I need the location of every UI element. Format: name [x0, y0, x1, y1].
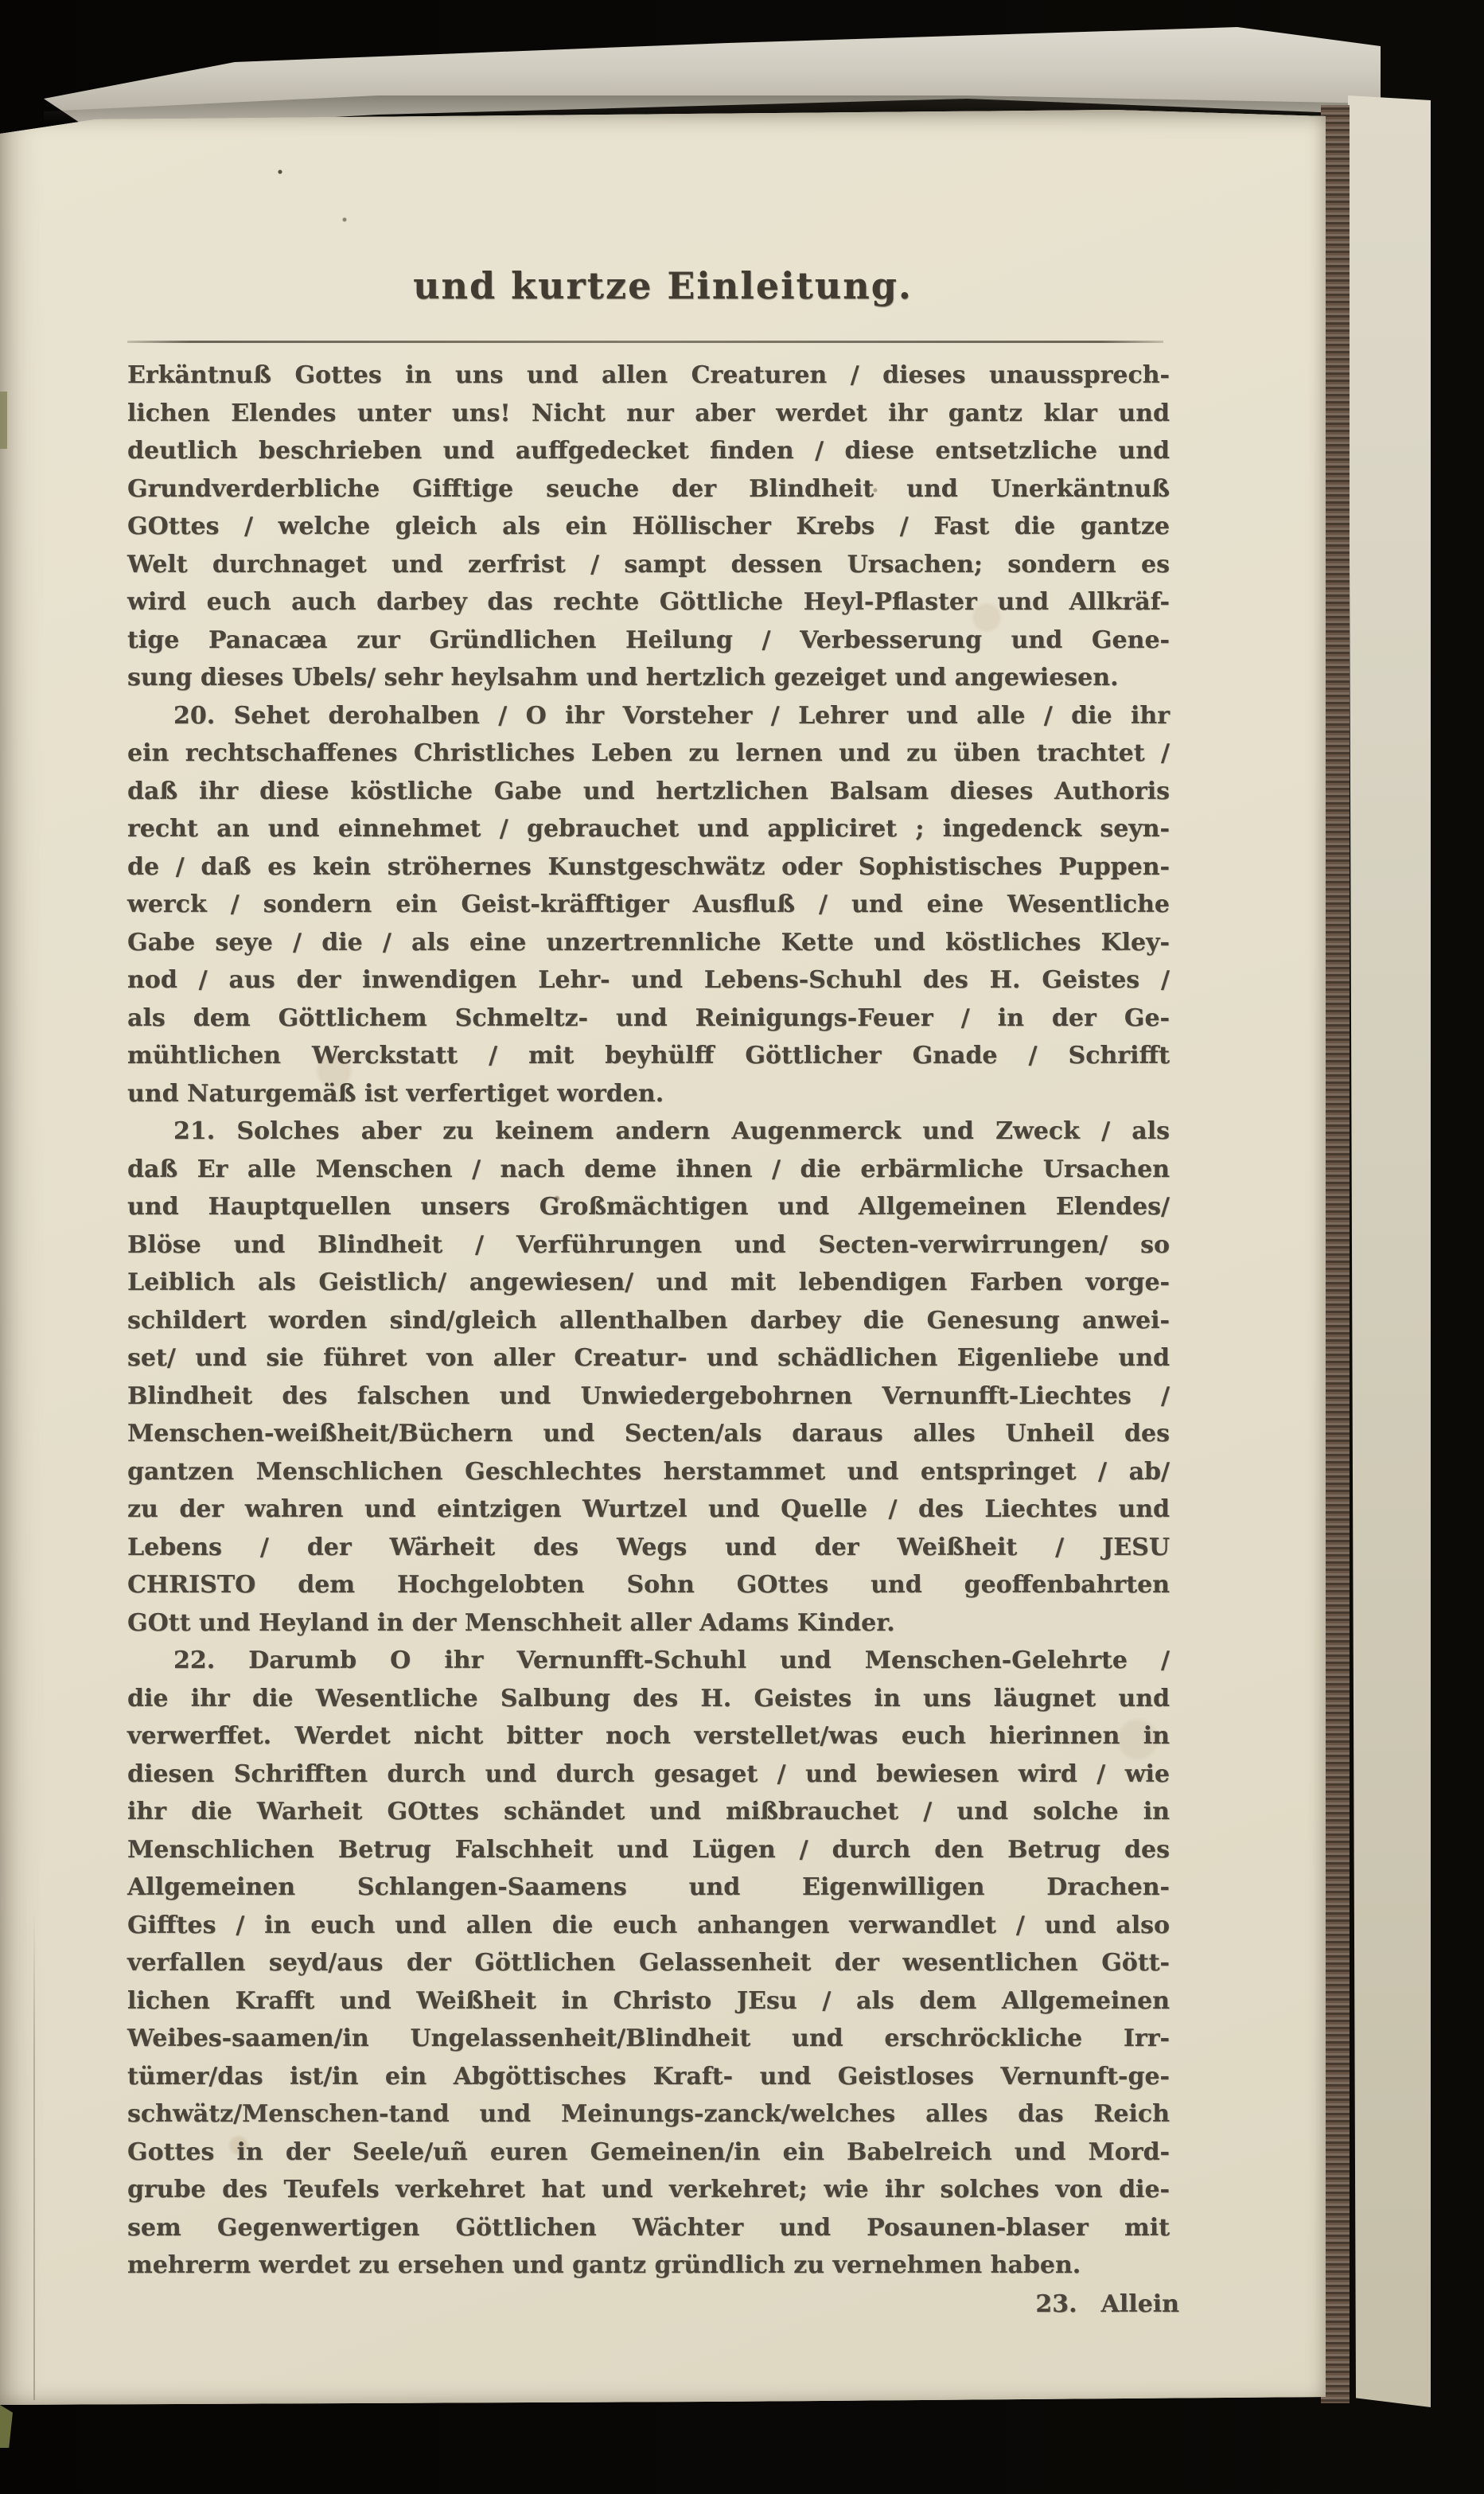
paragraph: 22. Darumb O ihr Vernunfft-Schuhl und Me…: [127, 1642, 1170, 2285]
text-line: de / daß es kein ströhernes Kunstgeschwä…: [127, 848, 1170, 887]
text-line: set/ und sie führet von aller Creatur- u…: [127, 1339, 1170, 1378]
text-line: werck / sondern ein Geist-kräfftiger Aus…: [127, 886, 1170, 924]
text-line: Menschlichen Betrug Falschheit und Lügen…: [127, 1831, 1170, 1869]
text-line: verwerffet. Werdet nicht bitter noch ver…: [127, 1717, 1170, 1756]
paper-crease: [33, 1910, 35, 2400]
text-block: Erkäntnuß Gottes in uns und allen Creatu…: [127, 357, 1170, 2285]
text-line: daß ihr diese köstliche Gabe und hertzli…: [127, 773, 1170, 811]
text-line: die ihr die Wesentliche Salbung des H. G…: [127, 1680, 1170, 1718]
text-line: Allgemeinen Schlangen-Saamens und Eigenw…: [127, 1869, 1170, 1907]
text-line: recht an und einnehmet / gebrauchet und …: [127, 810, 1170, 848]
text-line: verfallen seyd/aus der Göttlichen Gelass…: [127, 1944, 1170, 1982]
text-line: Gottes in der Seele/uñ euren Gemeinen/in…: [127, 2134, 1170, 2172]
text-line: ein rechtschaffenes Christliches Leben z…: [127, 735, 1170, 773]
page-block-edge: [1348, 95, 1431, 2407]
text-line: daß Er alle Menschen / nach deme ihnen /…: [127, 1151, 1170, 1189]
text-line: Leiblich als Geistlich/ angewiesen/ und …: [127, 1264, 1170, 1302]
text-line: und Naturgemäß ist verfertiget worden.: [127, 1075, 1170, 1113]
text-line: Erkäntnuß Gottes in uns und allen Creatu…: [127, 357, 1170, 395]
text-line: als dem Göttlichem Schmeltz- und Reinigu…: [127, 1000, 1170, 1038]
header-divider-rule: [127, 341, 1163, 343]
text-line: wird euch auch darbey das rechte Göttlic…: [127, 583, 1170, 622]
text-line: deutlich beschrieben und auffgedecket fi…: [127, 432, 1170, 470]
paragraph: 20. Sehet derohalben / O ihr Vorsteher /…: [127, 697, 1170, 1113]
binding-corner-fragment: [0, 2405, 13, 2448]
text-line: mehrerm werdet zu ersehen und gantz grün…: [127, 2247, 1170, 2285]
text-line: tümer/das ist/in ein Abgöttisches Kraft-…: [127, 2058, 1170, 2096]
text-line: 22. Darumb O ihr Vernunfft-Schuhl und Me…: [127, 1642, 1170, 1680]
text-line: ihr die Warheit GOttes schändet und mißb…: [127, 1793, 1170, 1831]
text-line: lichen Elendes unter uns! Nicht nur aber…: [127, 395, 1170, 433]
signature-mark: 23.: [1035, 2290, 1077, 2318]
text-line: CHRISTO dem Hochgelobten Sohn GOttes und…: [127, 1566, 1170, 1604]
book-scan-scene: und kurtze Einleitung. Erkäntnuß Gottes …: [0, 0, 1484, 2494]
book-page: und kurtze Einleitung. Erkäntnuß Gottes …: [0, 108, 1326, 2405]
text-line: lichen Krafft und Weißheit in Christo JE…: [127, 1982, 1170, 2021]
text-line: GOttes / welche gleich als ein Höllische…: [127, 508, 1170, 546]
text-line: tige Panacæa zur Gründlichen Heilung / V…: [127, 622, 1170, 660]
catchword-line: 23.Allein: [127, 2290, 1179, 2318]
text-line: und Hauptquellen unsers Großmächtigen un…: [127, 1188, 1170, 1226]
text-line: sung dieses Ubels/ sehr heylsahm und her…: [127, 659, 1170, 697]
text-line: Gifftes / in euch und allen die euch anh…: [127, 1907, 1170, 1945]
text-line: zu der wahren und eintzigen Wurtzel und …: [127, 1491, 1170, 1529]
text-line: Gabe seye / die / als eine unzertrennlic…: [127, 924, 1170, 962]
catchword: Allein: [1101, 2290, 1179, 2318]
text-line: diesen Schrifften durch und durch gesage…: [127, 1756, 1170, 1794]
text-line: 21. Solches aber zu keinem andern Augenm…: [127, 1113, 1170, 1151]
paragraph: Erkäntnuß Gottes in uns und allen Creatu…: [127, 357, 1170, 697]
text-line: sem Gegenwertigen Göttlichen Wächter und…: [127, 2209, 1170, 2247]
binding-edge-fragment: [0, 392, 7, 449]
paragraph: 21. Solches aber zu keinem andern Augenm…: [127, 1113, 1170, 1642]
text-line: schwätz/Menschen-tand und Meinungs-zanck…: [127, 2095, 1170, 2134]
text-line: Weibes-saamen/in Ungelassenheit/Blindhei…: [127, 2020, 1170, 2058]
text-line: Welt durchnaget und zerfrist / sampt des…: [127, 546, 1170, 584]
text-line: GOtt und Heyland in der Menschheit aller…: [127, 1604, 1170, 1643]
text-line: Grundverderbliche Gifftige seuche der Bl…: [127, 470, 1170, 509]
text-line: nod / aus der inwendigen Lehr- und Leben…: [127, 961, 1170, 1000]
text-line: mühtlichen Werckstatt / mit beyhülff Göt…: [127, 1037, 1170, 1075]
text-line: 20. Sehet derohalben / O ihr Vorsteher /…: [127, 697, 1170, 735]
text-line: Blindheit des falschen und Unwiedergeboh…: [127, 1378, 1170, 1416]
text-line: schildert worden sind/gleich allenthalbe…: [127, 1302, 1170, 1340]
text-line: Blöse und Blindheit / Verführungen und S…: [127, 1226, 1170, 1265]
text-line: Lebens / der Wärheit des Wegs und der We…: [127, 1529, 1170, 1567]
text-line: gantzen Menschlichen Geschlechtes hersta…: [127, 1453, 1170, 1491]
page-header-title: und kurtze Einleitung.: [0, 264, 1326, 307]
text-line: grube des Teufels verkehret hat und verk…: [127, 2171, 1170, 2209]
text-line: Menschen-weißheit/Büchern und Secten/als…: [127, 1415, 1170, 1453]
